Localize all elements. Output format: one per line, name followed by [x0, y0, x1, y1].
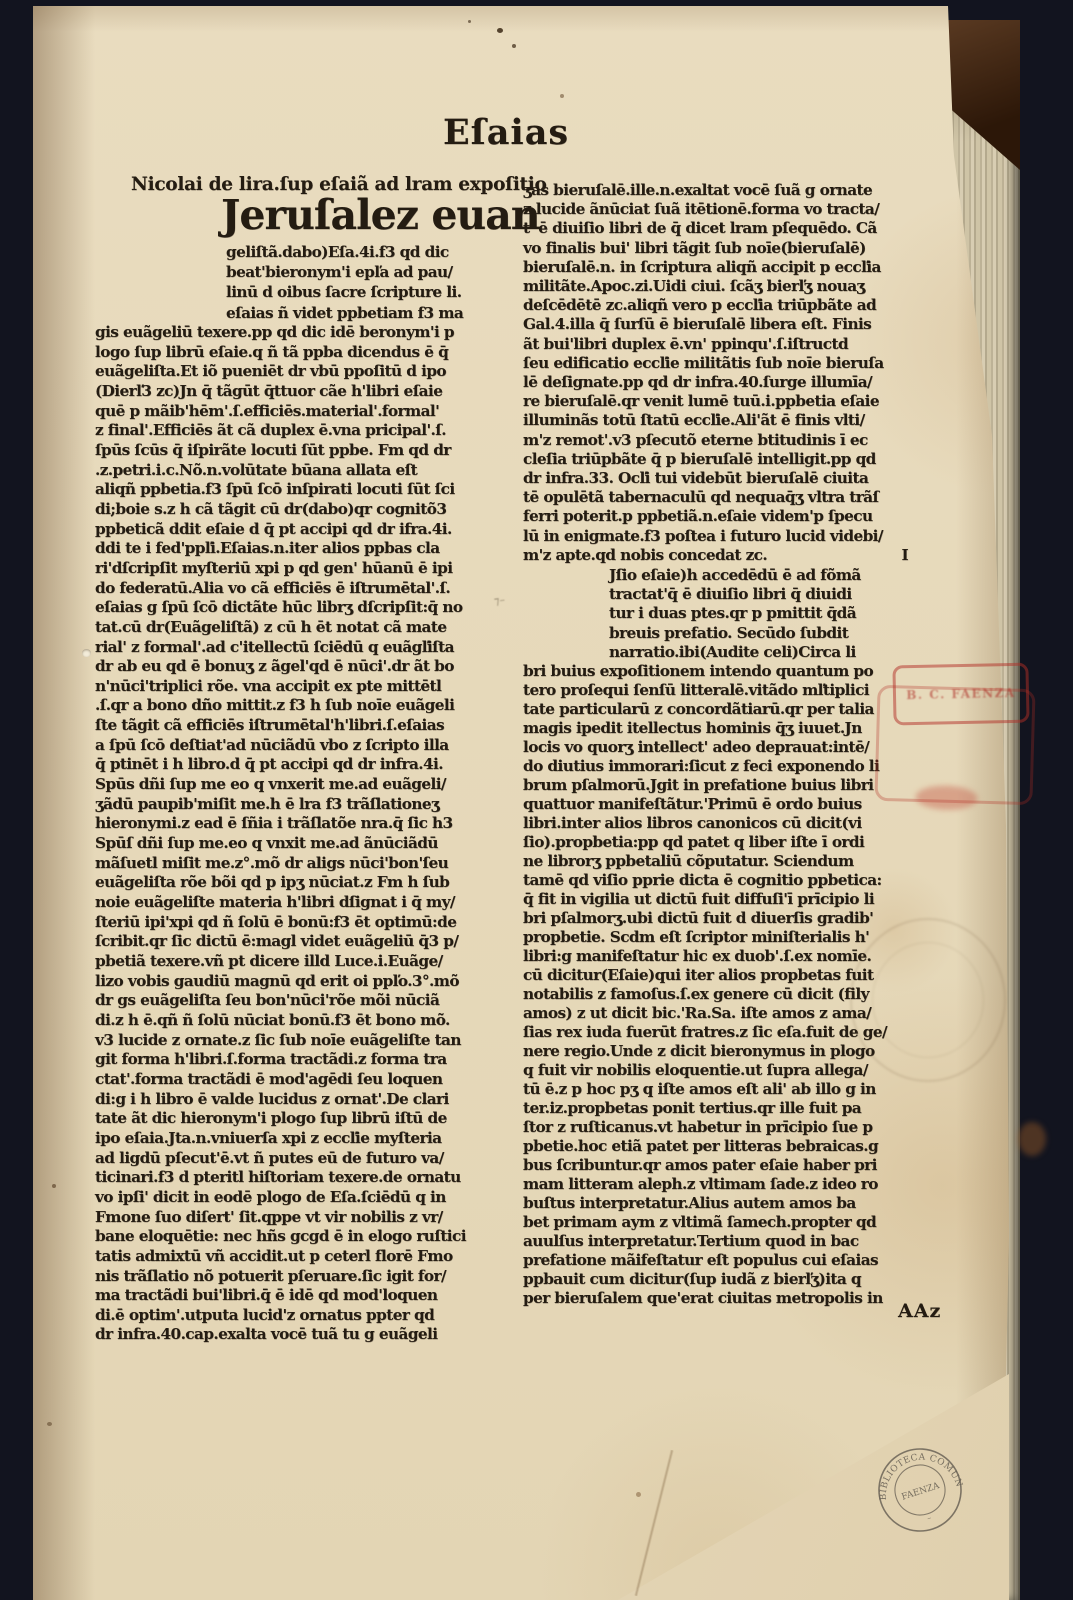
right-column-indented-text: Jſio eſaie)h accedēdū ē ad fõmãtractat'q…: [609, 566, 861, 662]
quire-signature-mark: AAz: [898, 1300, 941, 1322]
faint-circular-stamp: [850, 918, 1006, 1082]
text-line: ſio).propbetia:pp qd patet q liber iſte …: [523, 833, 915, 852]
text-line: re bieruſalē.qr venit lumē tuū.i.ppbetia…: [523, 392, 915, 411]
text-line: bet primam aym z vltimã ſamech.propter q…: [523, 1213, 915, 1232]
text-line: tractat'q̄ ē diuiſio libri q̄ diuidi: [609, 585, 861, 604]
round-stamp-center-text: FAENZA: [900, 1481, 941, 1503]
text-line: v3 lucide z ornate.z ſic ſub noīe euãgel…: [95, 1031, 485, 1051]
text-line: nis trãſlatio nõ potuerit pſeruare.ſic i…: [95, 1267, 485, 1287]
text-line: tate particularū z concordãtiarū.qr per …: [523, 700, 915, 719]
text-line: vo finalis bui' libri tãgit ſub noīe(bie…: [523, 239, 915, 258]
text-line: ppbauit cum dicitur(ſup iudã z bierľʒ)it…: [523, 1270, 915, 1289]
text-line: di.ē optim'.utputa lucid'z ornatus ppter…: [95, 1306, 485, 1326]
text-line: magis ipedit itellectus hominis q̄ʒ iuue…: [523, 719, 915, 738]
ink-speck: [497, 28, 503, 33]
text-line: bri pſalmorʒ.ubi dictū fuit d diuerſis g…: [523, 909, 915, 928]
text-line: tero proſequi ſenſū litteralē.vitãdo mľt…: [523, 681, 915, 700]
text-line: git forma h'libri.ſ.forma tractãdi.z for…: [95, 1050, 485, 1070]
text-line: ter.iz.propbetas ponit tertius.qr ille f…: [523, 1099, 915, 1118]
text-line: mãſuetl miſit me.z°.mõ dr aligs nūci'bon…: [95, 854, 485, 874]
text-line: ſte tãgit cã efficiēs iſtrumētal'h'libri…: [95, 716, 485, 736]
left-column-indented-text: geliſtã.dabo)Eſa.4i.f3 qd dicbeat'bieron…: [226, 242, 463, 323]
text-line: q fuit vir nobilis eloquentie.ut ſupra a…: [523, 1061, 915, 1080]
text-line: .ſ.qr a bono dño mittit.z f3 h ſub noīe …: [95, 696, 485, 716]
ink-speck: [512, 44, 516, 48]
text-line: beat'bieronym'i epľa ad pau/: [226, 262, 463, 282]
text-line: breuis prefatio. Secūdo ſubdit: [609, 624, 861, 643]
text-line: z lucide ãnūciat ſuã itētionē.forma vo t…: [523, 200, 915, 219]
text-line: Fmone ſuo diſert' ſit.qppe vt vir nobili…: [95, 1208, 485, 1228]
text-line: brum pſalmorū.Jgit in prefatione buius l…: [523, 776, 915, 795]
text-line: ſcribit.qr ſic dictū ē:magl videt euãgel…: [95, 932, 485, 952]
text-line: bieruſalē.n. in ſcriptura aliqñ accipit …: [523, 258, 915, 277]
text-line: pbetiã texere.vñ pt dicere illd Luce.i.E…: [95, 952, 485, 972]
stain-blob: [1018, 1122, 1046, 1156]
text-line: ſpūs ſcūs q̄ iſpirãte locuti ſūt ppbe. F…: [95, 441, 485, 461]
text-line: per bieruſalem que'erat ciuitas metropol…: [523, 1289, 915, 1308]
text-line: euãgeliſta rõe bõi qd p ipʒ nūciat.z Fm …: [95, 873, 485, 893]
text-line: n'nūci'triplici rõe. vna accipit ex pte …: [95, 677, 485, 697]
text-line: libri:g manifeſtatur hic ex duob'.ſ.ex n…: [523, 947, 915, 966]
text-line: logo ſup librū eſaie.q ñ tã ppba dicendu…: [95, 343, 485, 363]
text-line: ad ligdū pſecut'ē.vt ñ putes eū de futur…: [95, 1149, 485, 1169]
text-line: tatis admixtū vñ accidit.ut p ceterl flo…: [95, 1247, 485, 1267]
text-line: t' ē diuiſio libri de q̄ dicet lram pſeq…: [523, 219, 915, 238]
text-line: ſteriū ipi'xpi qd ñ ſolū ē bonū:f3 ēt op…: [95, 913, 485, 933]
text-line: tate ãt dic hieronym'i plogo ſup librū i…: [95, 1109, 485, 1129]
text-line: locis vo quorʒ intellect' adeo deprauat:…: [523, 738, 915, 757]
text-line: nere regio.Unde z dicit bieronymus in pl…: [523, 1042, 915, 1061]
text-line: dr ab eu qd ē bonuʒ z ãgel'qd ē nūci'.dr…: [95, 657, 485, 677]
text-line: narratio.ibi(Audite celi)Circa li: [609, 643, 861, 662]
text-line: lē deſignate.pp qd dr infra.40.ſurge ill…: [523, 373, 915, 392]
text-line: ma tractãdi bui'libri.q̄ ē idē qd mod'lo…: [95, 1286, 485, 1306]
text-line: tū ē.z p hoc pʒ q iſte amos eſt ali' ab …: [523, 1080, 915, 1099]
text-line: ne librorʒ ppbetaliū cõputatur. Sciendum: [523, 852, 915, 871]
text-line: eſaias ñ videt ppbetiam f3 ma: [226, 303, 463, 323]
text-line: dr infra.33. Ocľi tui videbūt bieruſalē …: [523, 469, 915, 488]
text-line: auulſus interpretatur.Tertium quod in ba…: [523, 1232, 915, 1251]
text-line: .z.petri.i.c.Nõ.n.volūtate būana allata …: [95, 461, 485, 481]
text-line: dr gs euãgeliſta ſeu bon'nūci'rõe mõi nū…: [95, 991, 485, 1011]
text-line: euãgeliſta.Et iõ pueniēt dr vbū ppoſitū …: [95, 362, 485, 382]
text-line: di;boie s.z h cã tãgit cū dr(dabo)qr cog…: [95, 500, 485, 520]
scanned-book-photo: Eſaias Nicolai de lira.ſup eſaiã ad lram…: [0, 0, 1073, 1600]
text-line: noie euãgeliſte materia h'libri dſignat …: [95, 893, 485, 913]
text-line: m'z remot'.v3 pſecutõ eterne btitudinis …: [523, 431, 915, 450]
column-marker: I: [901, 546, 908, 564]
text-line: libri.inter alios libros canonicos cū di…: [523, 814, 915, 833]
text-line: lizo vobis gaudiū magnū qd erit oi ppľo.…: [95, 972, 485, 992]
text-line: ctat'.forma tractãdi ē mod'agēdi ſeu loq…: [95, 1070, 485, 1090]
text-line: mam litteram aleph.z vltimam ſade.z ideo…: [523, 1175, 915, 1194]
text-line: ppbeticã ddit eſaie d q̄ pt accipi qd dr…: [95, 520, 485, 540]
marker-line-text: m'z apte.qd nobis concedat zc.: [523, 546, 767, 564]
text-line: ipo eſaia.Jta.n.vniuerſa xpi z eccľie my…: [95, 1129, 485, 1149]
text-line: z final'.Efficiēs ãt cã duplex ē.vna pri…: [95, 421, 485, 441]
handwritten-gutter-mark: ⁊–: [493, 593, 506, 607]
svg-text:–: –: [926, 1513, 933, 1523]
red-library-stamp-outline: [874, 685, 1035, 805]
right-column-marker-line: m'z apte.qd nobis concedat zc. I: [523, 546, 908, 564]
text-line: geliſtã.dabo)Eſa.4i.f3 qd dic: [226, 242, 463, 262]
left-column-display-heading: Jeruſalez euan: [221, 191, 540, 239]
text-line: vo ipſi' dicit in eodē plogo de Eſa.ſciē…: [95, 1188, 485, 1208]
text-line: (Dierľ3 zc)Jn q̄ tãgūt q̄ttuor cãe h'lib…: [95, 382, 485, 402]
text-line: tat.cū dr(Euãgeliſtã) z cū h ēt notat cã…: [95, 618, 485, 638]
text-line: di:g i h libro ē valde lucidus z ornat'.…: [95, 1090, 485, 1110]
text-line: do federatū.Alia vo cã efficiēs ē iſtrum…: [95, 579, 485, 599]
text-line: ʒãdū paupib'miſit me.h ē lra f3 trãſlati…: [95, 795, 485, 815]
text-line: Jſio eſaie)h accedēdū ē ad fõmã: [609, 566, 861, 585]
text-line: ticinari.f3 d pteritl hiſtoriam texere.d…: [95, 1168, 485, 1188]
text-line: ſeu edificatio eccľie militãtis ſub noīe…: [523, 354, 915, 373]
ink-speck: [560, 94, 564, 98]
ink-speck: [636, 1492, 641, 1497]
text-line: tur i duas ptes.qr p pmittit q̄dã: [609, 604, 861, 623]
text-line: quattuor manifeſtãtur.'Primū ē ordo buiu…: [523, 795, 915, 814]
left-column-text: gis euãgeliū texere.pp qd dic idē berony…: [95, 323, 485, 1345]
text-line: Spūſ dñi ſup me.eo q vnxit me.ad ãnūciãd…: [95, 834, 485, 854]
ink-speck: [47, 1422, 52, 1426]
text-line: ãt bui'libri duplex ē.vn' ppinqu'.ſ.iſtr…: [523, 335, 915, 354]
ink-speck: [52, 1184, 56, 1188]
text-line: bus ſcribuntur.qr amos pater eſaie haber…: [523, 1156, 915, 1175]
text-line: linū d oibus ſacre ſcripture li.: [226, 282, 463, 302]
text-line: ʒas bieruſalē.ille.n.exaltat vocē ſuã g …: [523, 181, 915, 200]
text-line: quē p mãib'hēm'.ſ.efficiēs.material'.for…: [95, 402, 485, 422]
text-line: rial' z formal'.ad c'itellectū ſciēdū q …: [95, 638, 485, 658]
text-line: do diutius immorari:ſicut z feci exponen…: [523, 757, 915, 776]
text-line: q̄ fit in vigilia ut dictū fuit diffuſi'…: [523, 890, 915, 909]
text-line: pbetie.hoc etiã patet per litteras bebra…: [523, 1137, 915, 1156]
text-line: propbetie. Scdm eſt ſcriptor miniſterial…: [523, 928, 915, 947]
text-line: deſcēdētē zc.aliqñ vero p eccľia triūpbã…: [523, 296, 915, 315]
text-line: gis euãgeliū texere.pp qd dic idē berony…: [95, 323, 485, 343]
text-line: a ſpū ſcō deſtiat'ad nūciãdū vbo z ſcrip…: [95, 736, 485, 756]
text-line: militãte.Apoc.zi.Uidi ciui. ſcãʒ bierľʒ …: [523, 277, 915, 296]
text-line: ddi te i fed'ppľi.Eſaias.n.iter alios pp…: [95, 539, 485, 559]
text-line: prefatione mãifeſtatur eſt populus cui e…: [523, 1251, 915, 1270]
text-line: bane eloquētie: nec hñs gcgd ē in elogo …: [95, 1227, 485, 1247]
text-line: cleſia triūpbãte q̄ p bieruſalē intellig…: [523, 450, 915, 469]
running-title: Eſaias: [443, 112, 569, 153]
text-line: dr infra.40.cap.exalta vocē tuã tu g euã…: [95, 1325, 485, 1345]
paper-flaw-dot: [82, 649, 91, 657]
text-line: di.z h ē.qñ ñ ſolū nūciat bonū.f3 ēt bon…: [95, 1011, 485, 1031]
text-line: buſtus interpretatur.Alius autem amos ba: [523, 1194, 915, 1213]
text-line: lū in enigmate.f3 poſtea i futuro lucid …: [523, 527, 915, 546]
text-line: ferri poterit.p ppbetiã.n.eſaie videm'p …: [523, 507, 915, 526]
text-line: tē opulētã tabernaculū qd nequaq̄ʒ vltra…: [523, 488, 915, 507]
text-line: tamē qd viſio pprie dicta ē cognitio ppb…: [523, 871, 915, 890]
text-line: q̄ ptinēt i h libro.d q̄ pt accipi qd dr…: [95, 755, 485, 775]
text-line: ſtor z ruſticanus.vt habetur in prīcipio…: [523, 1118, 915, 1137]
ink-speck: [468, 20, 471, 23]
text-line: Spūs dñi ſup me eo q vnxerit me.ad euãge…: [95, 775, 485, 795]
text-line: hieronymi.z ead ē ſñia i trãſlatõe nra.q…: [95, 814, 485, 834]
text-line: illuminãs totū ſtatū eccľie.Ali'ãt ē fin…: [523, 411, 915, 430]
text-line: aliqñ ppbetia.f3 ſpū ſcō inſpirati locut…: [95, 480, 485, 500]
text-line: Gal.4.illa q̄ ſurſū ē bieruſalē libera e…: [523, 315, 915, 334]
text-line: eſaias g ſpū ſcō dictãte hūc librʒ dſcri…: [95, 598, 485, 618]
text-line: bri buius expoſitionem intendo quantum p…: [523, 662, 915, 681]
text-line: ri'dſcripſit myſteriū xpi p qd gen' hūan…: [95, 559, 485, 579]
right-column-text-top: ʒas bieruſalē.ille.n.exaltat vocē ſuã g …: [523, 181, 915, 546]
